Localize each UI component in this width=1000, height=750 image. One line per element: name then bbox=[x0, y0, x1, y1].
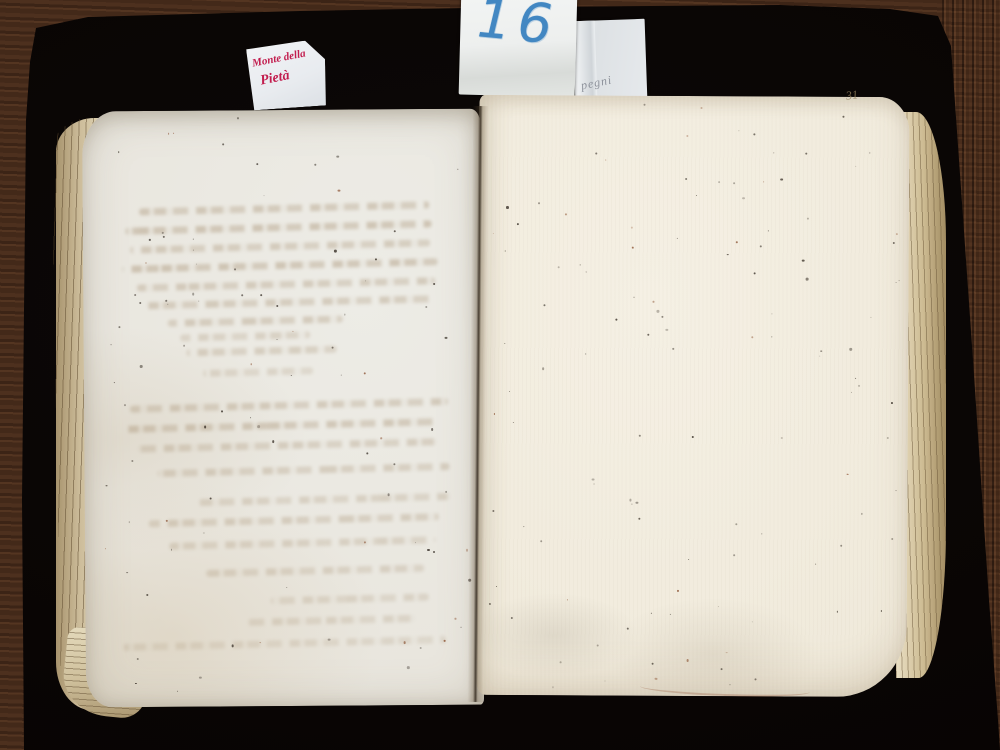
foxing-speck bbox=[221, 410, 223, 412]
foxing-speck bbox=[492, 510, 494, 512]
foxing-speck bbox=[880, 610, 881, 611]
foxing-speck bbox=[805, 153, 807, 155]
foxing-speck bbox=[381, 438, 382, 439]
foxing-speck bbox=[847, 474, 849, 476]
foxing-speck bbox=[540, 540, 542, 542]
foxing-speck bbox=[237, 118, 238, 119]
foxing-speck bbox=[592, 478, 594, 480]
foxing-speck bbox=[445, 336, 447, 338]
foxing-speck bbox=[636, 501, 638, 503]
foxing-speck bbox=[736, 241, 738, 243]
foxing-speck bbox=[761, 534, 762, 535]
foxing-speck bbox=[870, 317, 871, 318]
foxing-speck bbox=[652, 663, 654, 665]
foxing-speck bbox=[605, 680, 606, 681]
ghost-text-line bbox=[203, 367, 313, 377]
foxing-speck bbox=[631, 503, 633, 505]
foxing-speck bbox=[257, 425, 259, 427]
foxing-speck bbox=[843, 116, 845, 118]
foxing-speck bbox=[661, 316, 663, 318]
foxing-speck bbox=[415, 542, 416, 543]
foxing-speck bbox=[638, 518, 640, 520]
foxing-speck bbox=[820, 350, 822, 352]
foxing-speck bbox=[759, 245, 761, 247]
foxing-speck bbox=[595, 152, 597, 154]
foxing-speck bbox=[387, 494, 390, 497]
foxing-speck bbox=[887, 437, 889, 439]
foxing-speck bbox=[736, 524, 738, 526]
foxing-speck bbox=[567, 599, 568, 600]
foxing-speck bbox=[773, 153, 774, 154]
ghost-text-line bbox=[126, 418, 438, 433]
foxing-speck bbox=[231, 645, 233, 647]
ghost-text-line bbox=[122, 258, 437, 273]
foxing-speck bbox=[720, 668, 722, 670]
foxing-speck bbox=[655, 678, 657, 680]
ghost-text bbox=[82, 109, 484, 708]
foxing-speck bbox=[594, 483, 595, 484]
foxing-speck bbox=[869, 152, 870, 153]
foxing-speck bbox=[431, 428, 433, 430]
foxing-speck bbox=[862, 513, 863, 514]
ghost-text-line bbox=[124, 636, 446, 651]
foxing-speck bbox=[126, 572, 127, 573]
foxing-speck bbox=[259, 642, 260, 643]
foxing-speck bbox=[754, 678, 756, 680]
foxing-speck bbox=[896, 490, 897, 491]
title-tab-line1: Monte della bbox=[251, 47, 306, 69]
ghost-text-line bbox=[130, 239, 430, 253]
page-number-tab-text: 16 bbox=[469, 0, 566, 56]
foxing-speck bbox=[891, 402, 893, 404]
foxing-speck bbox=[677, 590, 679, 592]
foxing-speck bbox=[644, 104, 646, 106]
ghost-text-line bbox=[247, 615, 415, 626]
foxing-speck bbox=[560, 661, 562, 663]
foxing-speck bbox=[165, 300, 167, 302]
foxing-speck bbox=[727, 254, 729, 256]
foxing-speck bbox=[855, 378, 856, 379]
ghost-text-line bbox=[180, 331, 310, 341]
foxing-speck bbox=[685, 178, 688, 181]
ghost-text-line bbox=[271, 593, 429, 604]
foxing-speck bbox=[692, 436, 694, 438]
foxing-speck bbox=[162, 232, 164, 234]
foxing-speck bbox=[781, 437, 782, 438]
foxing-speck bbox=[851, 391, 852, 392]
foxing-speck bbox=[670, 614, 671, 615]
foxing-speck bbox=[738, 130, 739, 131]
foxing-speck bbox=[263, 195, 264, 196]
foxing-speck bbox=[815, 564, 816, 565]
foxing-speck bbox=[771, 313, 772, 314]
foxing-speck bbox=[558, 266, 560, 268]
foxing-speck bbox=[444, 640, 445, 641]
ghost-text-line bbox=[157, 463, 449, 477]
foxing-speck bbox=[504, 343, 505, 344]
ghost-text-line bbox=[149, 513, 439, 527]
foxing-speck bbox=[633, 297, 634, 298]
foxing-speck bbox=[596, 645, 598, 647]
foxing-speck bbox=[820, 355, 821, 356]
foxing-speck bbox=[586, 271, 587, 272]
foxing-speck bbox=[647, 333, 649, 335]
foxing-speck bbox=[334, 250, 336, 252]
foxing-speck bbox=[653, 301, 655, 303]
foxing-speck bbox=[802, 259, 804, 261]
foxing-speck bbox=[651, 612, 652, 613]
foxing-speck bbox=[272, 440, 274, 442]
foxing-speck bbox=[733, 182, 735, 184]
foxing-speck bbox=[367, 452, 369, 454]
ghost-text-line bbox=[130, 398, 448, 413]
foxing-speck bbox=[631, 227, 633, 229]
foxing-speck bbox=[457, 168, 458, 169]
foxing-speck bbox=[140, 365, 142, 367]
foxing-speck bbox=[403, 641, 406, 644]
foxing-speck bbox=[840, 544, 842, 546]
foxing-speck bbox=[407, 667, 409, 669]
foxing-speck bbox=[896, 282, 897, 283]
foxing-speck bbox=[836, 611, 838, 613]
foxing-speck bbox=[113, 382, 114, 383]
foxing-speck bbox=[149, 239, 150, 240]
foxing-speck bbox=[509, 391, 510, 392]
foxing-speck bbox=[364, 541, 366, 543]
foxing-speck bbox=[510, 617, 512, 619]
foxing-speck bbox=[222, 143, 224, 145]
foxing-speck bbox=[131, 460, 133, 462]
foxing-speck bbox=[210, 497, 212, 499]
foxing-speck bbox=[899, 280, 900, 281]
foxing-speck bbox=[118, 326, 120, 328]
page-number-tab: 16 bbox=[459, 0, 578, 98]
foxing-speck bbox=[632, 246, 634, 248]
foxing-speck bbox=[565, 213, 567, 215]
pencil-note-text: pegni bbox=[580, 73, 614, 94]
foxing-speck bbox=[673, 348, 675, 350]
foxing-speck bbox=[337, 155, 339, 157]
foxing-speck bbox=[538, 202, 540, 204]
foxing-speck bbox=[718, 181, 720, 183]
ghost-text-line bbox=[137, 438, 437, 452]
foxing-speck bbox=[433, 283, 435, 285]
ghost-text-line bbox=[143, 295, 431, 309]
foxing-speck bbox=[629, 499, 631, 501]
ghost-text-line bbox=[139, 201, 429, 215]
foxing-speck bbox=[686, 135, 688, 137]
foxing-speck bbox=[726, 652, 728, 654]
ghost-text-line bbox=[169, 536, 435, 549]
foxing-speck bbox=[489, 602, 491, 604]
foxing-speck bbox=[506, 206, 508, 208]
foxing-speck bbox=[780, 178, 782, 180]
foxing-speck bbox=[742, 197, 744, 199]
foxing-speck bbox=[771, 337, 772, 338]
foxing-speck bbox=[260, 294, 262, 296]
foxing-speck bbox=[751, 336, 753, 338]
foxing-speck bbox=[893, 242, 895, 244]
foxing-speck bbox=[135, 683, 136, 684]
foxing-speck bbox=[657, 310, 659, 312]
ghost-text-line bbox=[168, 316, 343, 327]
foxing-speck bbox=[677, 238, 678, 239]
foxing-speck bbox=[605, 160, 606, 161]
foxing-speck bbox=[585, 353, 586, 354]
foxing-speck bbox=[701, 107, 703, 109]
foxing-speck bbox=[616, 318, 618, 320]
title-tab-line2: Pietà bbox=[259, 68, 291, 89]
foxing-speck bbox=[552, 686, 553, 687]
foxing-speck bbox=[124, 405, 126, 407]
foxing-speck bbox=[524, 526, 525, 527]
foxing-speck bbox=[494, 413, 495, 414]
left-page bbox=[82, 109, 484, 708]
foxing-speck bbox=[167, 304, 168, 305]
foxing-speck bbox=[496, 586, 497, 587]
foxing-speck bbox=[666, 328, 669, 331]
ghost-text-line bbox=[187, 346, 337, 357]
foxing-speck bbox=[139, 302, 141, 304]
pencil-note-tab: pegni bbox=[573, 19, 648, 103]
foxing-speck bbox=[717, 606, 718, 607]
ghost-text-line bbox=[198, 493, 450, 506]
foxing-speck bbox=[891, 538, 893, 540]
foxing-speck bbox=[504, 250, 505, 251]
foxing-speck bbox=[763, 182, 764, 183]
foxing-speck bbox=[688, 559, 689, 560]
foxing-speck bbox=[542, 368, 544, 370]
foxing-speck bbox=[512, 422, 513, 423]
photo-scene: pegni 16 Monte della Pietà 31 bbox=[0, 0, 1000, 750]
foxing-speck bbox=[118, 151, 119, 152]
ghost-text-line bbox=[126, 220, 432, 234]
foxing-speck bbox=[753, 134, 755, 136]
foxing-speck bbox=[807, 218, 809, 220]
foxing-speck bbox=[806, 278, 809, 281]
foxing-speck bbox=[733, 555, 735, 557]
foxing-speck bbox=[639, 435, 641, 437]
foxing-speck bbox=[292, 330, 293, 331]
foxing-speck bbox=[234, 269, 236, 271]
foxing-speck bbox=[753, 272, 755, 274]
foxing-speck bbox=[146, 594, 148, 596]
foxing-speck bbox=[199, 676, 201, 678]
foxing-speck bbox=[850, 348, 852, 350]
foxing-speck bbox=[338, 189, 340, 191]
foxing-speck bbox=[455, 618, 456, 619]
foxing-speck bbox=[686, 659, 688, 661]
ghost-text-line bbox=[206, 565, 424, 577]
foxing-speck bbox=[768, 230, 769, 231]
foxing-speck bbox=[696, 195, 697, 196]
foxing-speck bbox=[627, 628, 629, 630]
foxing-speck bbox=[752, 621, 753, 622]
ghost-text-line bbox=[137, 277, 435, 291]
foxing-speck bbox=[855, 166, 856, 167]
foxing-speck bbox=[517, 223, 519, 225]
foxing-speck bbox=[128, 521, 129, 522]
foxing-speck bbox=[858, 385, 860, 387]
folio-number: 31 bbox=[845, 87, 859, 104]
foxing-speck bbox=[341, 374, 342, 375]
foxing-speck bbox=[896, 233, 898, 235]
right-page bbox=[476, 95, 909, 697]
foxing-speck bbox=[493, 233, 494, 234]
foxing-speck bbox=[580, 265, 581, 266]
foxing-speck bbox=[544, 305, 546, 307]
